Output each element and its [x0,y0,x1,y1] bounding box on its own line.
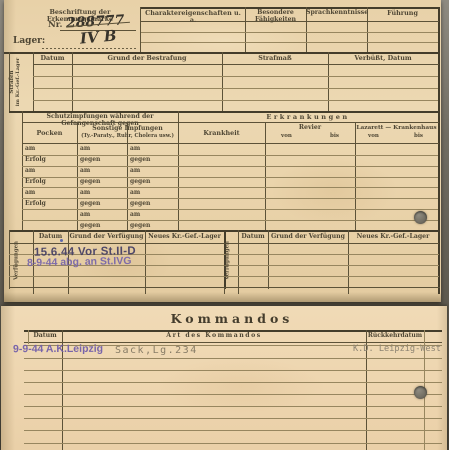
disposition-reason-header: Grund der Verfügung [68,234,145,241]
hospital-from-label: von [368,134,379,140]
camp-label: Lager: [13,37,45,46]
vaccination-cell: gegen [80,201,100,207]
vaccination-cell: am [130,212,140,218]
languages-header: Sprachkenntnisse [306,10,367,17]
grid-line [178,111,179,231]
vaccination-cell: gegen [130,157,150,163]
grid-line [141,42,438,43]
illness-header: Krankheit [178,130,265,137]
grid-line [22,220,438,221]
hospital-header: Lazarett — Krankenhaus [355,125,438,131]
grid-line [33,288,34,294]
punishment-reason-header: Grund der Bestrafung [72,55,222,62]
conduct-header: Führung [367,10,438,17]
grid-line [238,288,239,294]
vaccination-cell: am [25,146,35,152]
vaccination-cell: am [25,190,35,196]
illnesses-banner: Erkrankungen [178,114,438,121]
dispositions-side-label-right: Verfügungen [226,235,237,287]
vaccination-cell: am [130,190,140,196]
vaccination-cell: am [80,212,90,218]
grid-line [68,288,69,294]
vaccination-cell: gegen [80,179,100,185]
infirmary-to-label: bis [330,134,339,140]
vaccination-cell: gegen [130,179,150,185]
traits-header: Charaktereigenschaften u. a. [141,10,245,23]
vaccination-cell: am [130,168,140,174]
vaccination-cell: am [25,168,35,174]
disposition-date-header: Datum [238,234,268,241]
grid-line [141,32,438,33]
grid-line [9,230,10,289]
grid-line [33,100,438,101]
abilities-header: Besondere Fähigkeiten [245,10,306,23]
vaccination-cell: am [80,168,90,174]
grid-line [24,358,442,359]
punch-hole [414,386,427,399]
camp-rule [42,48,136,49]
infirmary-from-label: von [281,134,292,140]
grid-line [24,382,442,383]
punishments-side-label: Strafenim Kr.-Gef.-Lager [10,54,32,110]
disposition-newcamp-header: Neues Kr.-Gef.-Lager [348,234,438,241]
id-number-label: Nr. [48,21,62,30]
grid-line [145,288,146,294]
vaccination-cell: am [130,146,140,152]
pox-header: Pocken [22,130,77,137]
vaccination-cell: am [80,190,90,196]
grid-line [33,76,438,77]
kommando-date-header: Datum [28,333,62,340]
camp-handwritten: IV B [79,28,117,47]
disposition-reason-header: Grund der Verfügung [268,234,348,241]
grid-line [22,209,438,210]
grid-line [24,406,442,407]
disposition-newcamp-header: Neues Kr.-Gef.-Lager [145,234,224,241]
grid-line [224,288,225,294]
other-vaccinations-header: Sonstige Impfungen [77,126,178,133]
vaccination-cell: gegen [130,223,150,229]
vaccination-cell: Erfolg [25,201,46,207]
punishment-served-header: Verbüßt, Datum [328,55,438,62]
grid-line [348,288,349,294]
ink-speck [60,239,63,242]
kommando-entry-typed: Sack,Lg.234 [115,345,198,356]
grid-line [24,370,442,371]
kommando-date-stamp: 9-9-44 A.K.Leipzig [13,343,103,355]
vaccination-cell: gegen [80,157,100,163]
hospital-to-label: bis [414,134,423,140]
grid-line [438,7,440,294]
punch-hole [414,211,427,224]
grid-line [33,64,439,65]
grid-line [24,394,442,395]
infirmary-header: Revier [265,125,355,132]
vaccination-cell: Erfolg [25,179,46,185]
kommando-return-header: Rückkehrdatum [366,333,424,339]
grid-line [22,187,438,188]
grid-line [22,198,438,199]
kommandos-title: Kommandos [122,312,342,325]
grid-line [24,430,442,431]
dispositions-side-label-left: Verfügungen [15,235,26,287]
kommando-return-typed: K.D. Leipzig-West [353,344,441,354]
grid-line [22,111,23,231]
punishment-penalty-header: Strafmaß [222,55,328,62]
vaccination-cell: gegen [130,201,150,207]
scanned-pow-record: Beschriftung der Erkennungsmarke Nr. 288… [0,0,449,450]
side-label-line2: im Kr.-Gef.-Lager [15,58,21,107]
grid-line [33,88,438,89]
grid-line [24,418,442,419]
record-card-kommandos [1,306,447,450]
grid-line [24,443,442,444]
vaccination-cell: am [80,146,90,152]
punishment-date-header: Datum [33,55,72,62]
vaccination-cell: Erfolg [25,157,46,163]
kommando-type-header: Art des Kommandos [62,333,366,340]
vaccination-cell: gegen [80,223,100,229]
transfer-out-stamp: 8-9-44 abg. an St.IVG [27,255,132,269]
other-vaccinations-subheader: (Ty.-Paraty., Ruhr, Cholera usw.) [77,134,178,139]
